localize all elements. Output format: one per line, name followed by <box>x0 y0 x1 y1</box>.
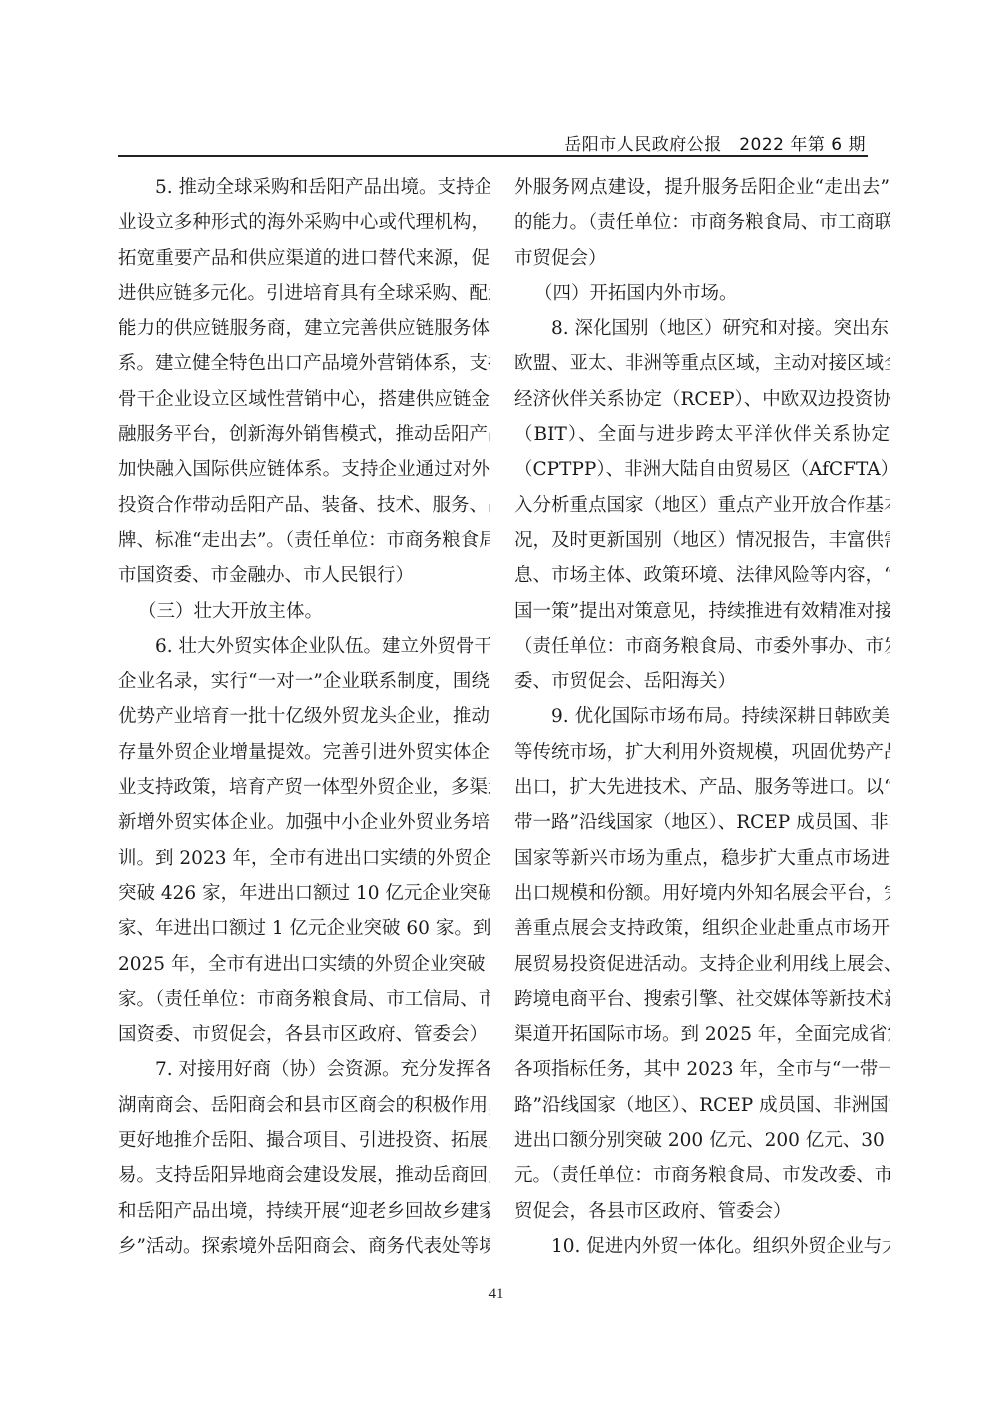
text-line: 骨干企业设立区域性营销中心，搭建供应链金 <box>118 382 490 417</box>
text-line: 业设立多种形式的海外采购中心或代理机构， <box>118 205 490 240</box>
text-line: 跨境电商平台、搜索引擎、社交媒体等新技术新 <box>514 982 890 1017</box>
text-line: 更好地推介岳阳、撮合项目、引进投资、拓展贸 <box>118 1123 490 1158</box>
text-line: 牌、标准“走出去”。（责任单位：市商务粮食局、 <box>118 523 490 558</box>
text-line: 入分析重点国家（地区）重点产业开放合作基本情 <box>514 488 890 523</box>
text-line: 欧盟、亚太、非洲等重点区域，主动对接区域全面 <box>514 346 890 381</box>
text-line: 展贸易投资促进活动。支持企业利用线上展会、 <box>514 947 890 982</box>
text-line: 市贸促会） <box>514 241 890 276</box>
text-line: 家。（责任单位：市商务粮食局、市工信局、市 <box>118 982 490 1017</box>
text-line: 国资委、市贸促会，各县市区政府、管委会） <box>118 1017 490 1052</box>
section-heading: （三）壮大开放主体。 <box>118 594 490 629</box>
text-line: 国一策”提出对策意见，持续推进有效精准对接。 <box>514 594 890 629</box>
text-line: 湖南商会、岳阳商会和县市区商会的积极作用， <box>118 1088 490 1123</box>
text-line: 委、市贸促会、岳阳海关） <box>514 664 890 699</box>
text-line: 带一路”沿线国家（地区）、RCEP 成员国、非洲 <box>514 805 890 840</box>
text-line: （责任单位：市商务粮食局、市委外事办、市发改 <box>514 629 890 664</box>
running-header: 岳阳市人民政府公报 2022 年第 6 期 <box>118 128 868 156</box>
text-line: （BIT）、全面与进步跨太平洋伙伴关系协定 <box>514 417 890 452</box>
text-line: 存量外贸企业增量提效。完善引进外贸实体企 <box>118 735 490 770</box>
text-line: 加快融入国际供应链体系。支持企业通过对外 <box>118 452 490 487</box>
text-line: 经济伙伴关系协定（RCEP）、中欧双边投资协定 <box>514 382 890 417</box>
text-line: 系。建立健全特色出口产品境外营销体系，支持 <box>118 346 490 381</box>
text-line: 8. 深化国别（地区）研究和对接。突出东盟、 <box>514 311 890 346</box>
header-divider <box>118 155 868 157</box>
header-title: 岳阳市人民政府公报 2022 年第 6 期 <box>564 130 866 155</box>
text-line: 5. 推动全球采购和岳阳产品出境。支持企 <box>118 170 490 205</box>
text-line: 企业名录，实行“一对一”企业联系制度，围绕 <box>118 664 490 699</box>
text-line: 易。支持岳阳异地商会建设发展，推动岳商回归 <box>118 1158 490 1193</box>
text-line: 能力的供应链服务商，建立完善供应链服务体 <box>118 311 490 346</box>
text-line: 渠道开拓国际市场。到 2025 年，全面完成省定 <box>514 1017 890 1052</box>
text-line: 7. 对接用好商（协）会资源。充分发挥各地 <box>118 1052 490 1087</box>
text-line: 贸促会，各县市区政府、管委会） <box>514 1194 890 1229</box>
text-line: 6. 壮大外贸实体企业队伍。建立外贸骨干 <box>118 629 490 664</box>
section-heading: （四）开拓国内外市场。 <box>514 276 890 311</box>
text-line: 业支持政策，培育产贸一体型外贸企业，多渠道 <box>118 770 490 805</box>
text-line: 息、市场主体、政策环境、法律风险等内容，“一 <box>514 558 890 593</box>
text-line: 各项指标任务，其中 2023 年，全市与“一带一 <box>514 1052 890 1087</box>
text-line: 路”沿线国家（地区）、RCEP 成员国、非洲国家 <box>514 1088 890 1123</box>
text-line: 乡”活动。探索境外岳阳商会、商务代表处等境 <box>118 1229 490 1264</box>
text-line: 进出口额分别突破 200 亿元、200 亿元、30 亿 <box>514 1123 890 1158</box>
text-line: 出口规模和份额。用好境内外知名展会平台，完 <box>514 876 890 911</box>
text-line: 进供应链多元化。引进培育具有全球采购、配送 <box>118 276 490 311</box>
text-line: 的能力。（责任单位：市商务粮食局、市工商联、 <box>514 205 890 240</box>
text-line: 优势产业培育一批十亿级外贸龙头企业，推动 <box>118 699 490 734</box>
text-line: 善重点展会支持政策，组织企业赴重点市场开 <box>514 911 890 946</box>
text-line: （CPTPP）、非洲大陆自由贸易区（AfCFTA）等，深 <box>514 452 890 487</box>
right-column: 外服务网点建设，提升服务岳阳企业“走出去”的能力。（责任单位：市商务粮食局、市工… <box>514 170 890 1264</box>
text-line: 拓宽重要产品和供应渠道的进口替代来源，促 <box>118 241 490 276</box>
text-line: 投资合作带动岳阳产品、装备、技术、服务、品 <box>118 488 490 523</box>
text-line: 况，及时更新国别（地区）情况报告，丰富供需信 <box>514 523 890 558</box>
text-line: 9. 优化国际市场布局。持续深耕日韩欧美 <box>514 699 890 734</box>
text-line: 融服务平台，创新海外销售模式，推动岳阳产品 <box>118 417 490 452</box>
text-line: 10. 促进内外贸一体化。组织外贸企业与大 <box>514 1229 890 1264</box>
left-column: 5. 推动全球采购和岳阳产品出境。支持企业设立多种形式的海外采购中心或代理机构，… <box>118 170 490 1264</box>
text-line: 训。到 2023 年，全市有进出口实绩的外贸企业 <box>118 841 490 876</box>
text-line: 市国资委、市金融办、市人民银行） <box>118 558 490 593</box>
text-line: 外服务网点建设，提升服务岳阳企业“走出去” <box>514 170 890 205</box>
text-line: 新增外贸实体企业。加强中小企业外贸业务培 <box>118 805 490 840</box>
text-line: 和岳阳产品出境，持续开展“迎老乡回故乡建家 <box>118 1194 490 1229</box>
text-line: 国家等新兴市场为重点，稳步扩大重点市场进 <box>514 841 890 876</box>
page-number: 41 <box>0 1286 992 1303</box>
text-line: 出口，扩大先进技术、产品、服务等进口。以“一 <box>514 770 890 805</box>
text-line: 2025 年，全市有进出口实绩的外贸企业突破 580 <box>118 947 490 982</box>
text-line: 突破 426 家，年进出口额过 10 亿元企业突破 20 <box>118 876 490 911</box>
text-line: 家、年进出口额过 1 亿元企业突破 60 家。到 <box>118 911 490 946</box>
text-line: 元。（责任单位：市商务粮食局、市发改委、市 <box>514 1158 890 1193</box>
text-line: 等传统市场，扩大利用外资规模，巩固优势产品 <box>514 735 890 770</box>
